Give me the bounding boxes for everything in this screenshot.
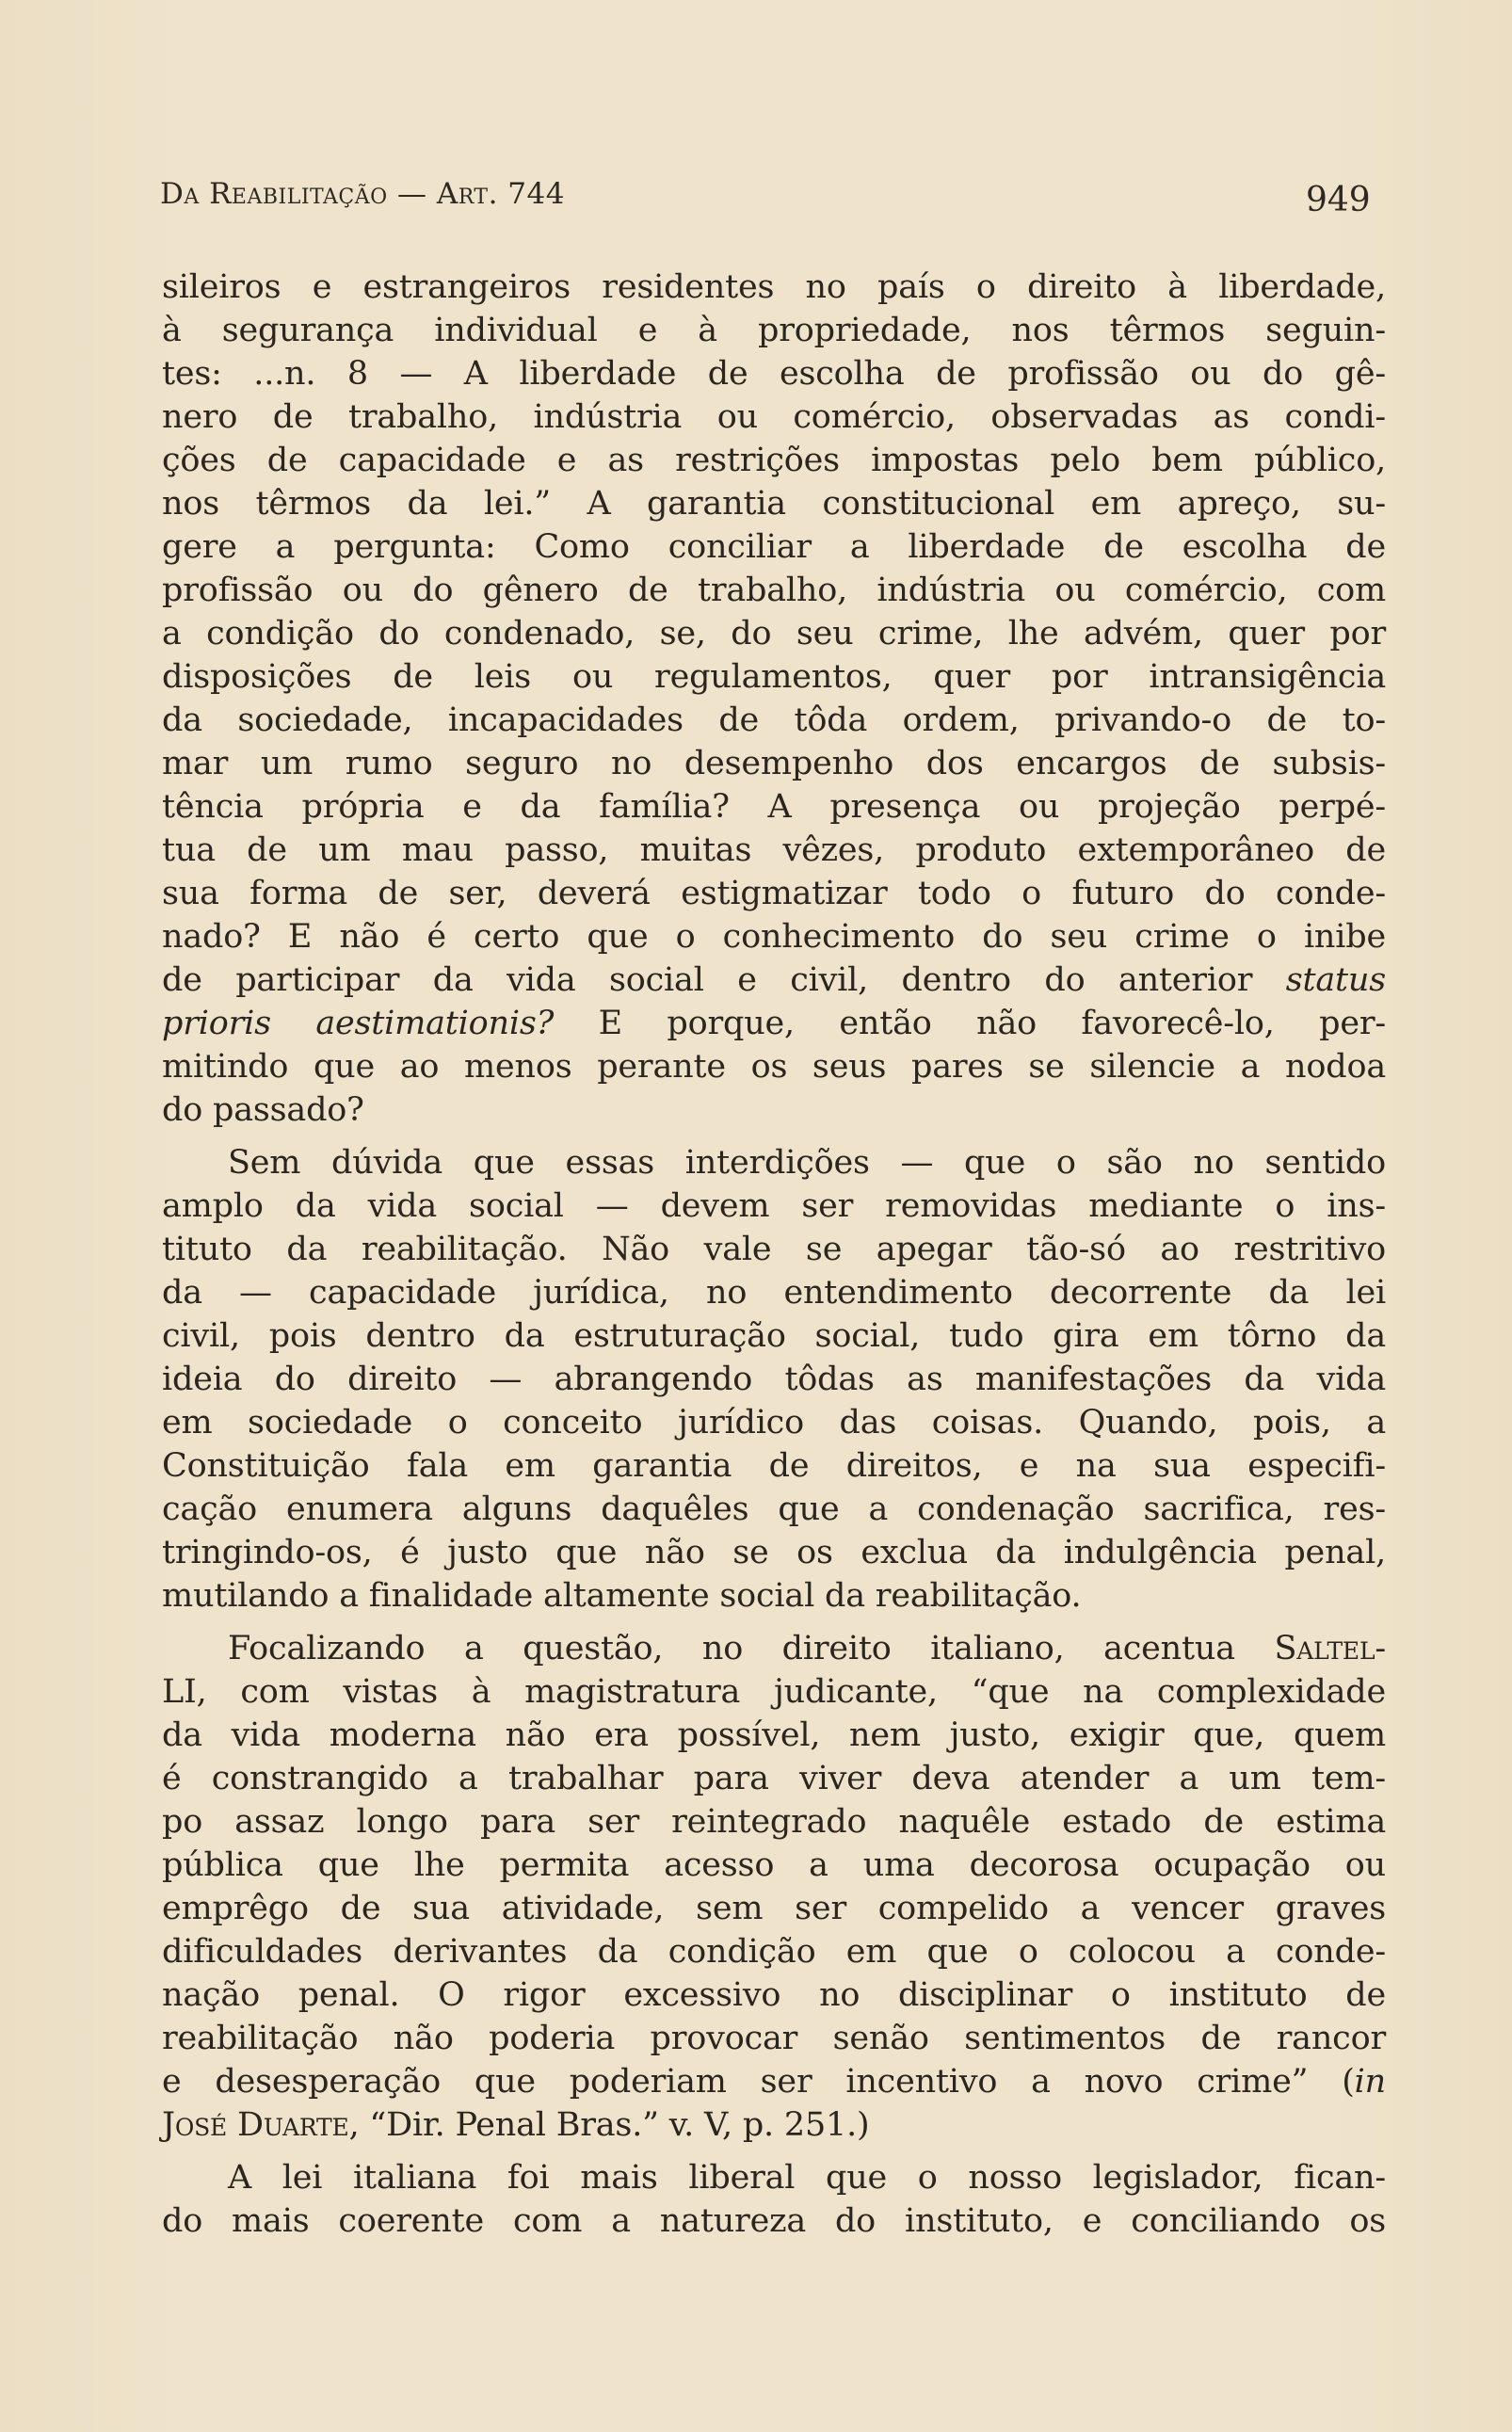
author-name: Saltel- [1274,1630,1386,1667]
text-line: nação penal. O rigor excessivo no discip… [162,1973,1386,2017]
text-line: amplo da vida social — devem ser removid… [162,1184,1386,1228]
text-line: mar um rumo seguro no desempenho dos enc… [162,742,1386,785]
text-line: sua forma de ser, deverá estigmatizar to… [162,872,1386,915]
text-line: Sem dúvida que essas interdições — que o… [162,1141,1386,1184]
text-line: dificuldades derivantes da condição em q… [162,1930,1386,1973]
text-line: da vida moderna não era possível, nem ju… [162,1714,1386,1757]
text-line: mutilando a finalidade altamente social … [162,1574,1386,1618]
text-line: tes: ...n. 8 — A liberdade de escolha de… [162,352,1386,395]
text-line: do passado? [162,1088,1386,1132]
text-line: cação enumera alguns daquêles que a cond… [162,1488,1386,1531]
text-line: de participar da vida social e civil, de… [162,958,1386,1002]
text-line: em sociedade o conceito jurídico das coi… [162,1401,1386,1444]
text-line: reabilitação não poderia provocar senão … [162,2017,1386,2060]
text-line: nero de trabalho, indústria ou comércio,… [162,395,1386,439]
text-line: prioris aestimationis? E porque, então n… [162,1002,1386,1045]
text-line: civil, pois dentro da estruturação socia… [162,1314,1386,1358]
running-head: Da Reabilitação — Art. 744 [160,177,565,211]
text-segment: Focalizando a questão, no direito italia… [228,1630,1274,1667]
page-number: 949 [1306,181,1371,219]
text-line: e desesperação que poderiam ser incentiv… [162,2060,1386,2103]
text-line: nos têrmos da lei.” A garantia constituc… [162,482,1386,525]
citation-source: , “Dir. Penal Bras.” v. V, p. 251.) [349,2106,870,2144]
text-line: emprêgo de sua atividade, sem ser compel… [162,1887,1386,1930]
text-line: a condição do condenado, se, do seu crim… [162,612,1386,655]
text-line: ideia do direito — abrangendo tôdas as m… [162,1358,1386,1401]
text-segment: de participar da vida social e civil, de… [162,961,1286,999]
text-segment: E porque, então não favorecê-lo, per- [554,1005,1386,1042]
text-line: LI, com vistas à magistratura judicante,… [162,1670,1386,1714]
latin-term: status [1286,961,1386,999]
text-line: da sociedade, incapacidades de tôda orde… [162,699,1386,742]
text-line: gere a pergunta: Como conciliar a liberd… [162,525,1386,569]
text-line: profissão ou do gênero de trabalho, indú… [162,569,1386,612]
text-line: pública que lhe permita acesso a uma dec… [162,1844,1386,1887]
text-line: sileiros e estrangeiros residentes no pa… [162,266,1386,309]
latin-term: prioris aestimationis? [162,1005,554,1042]
text-line: é constrangido a trabalhar para viver de… [162,1757,1386,1800]
text-line: A lei italiana foi mais liberal que o no… [162,2156,1386,2199]
text-line: à segurança individual e à propriedade, … [162,309,1386,352]
text-line: do mais coerente com a natureza do insti… [162,2199,1386,2243]
text-line: ções de capacidade e as restrições impos… [162,439,1386,482]
text-line: tringindo-os, é justo que não se os excl… [162,1531,1386,1574]
text-line: Constituição fala em garantia de direito… [162,1444,1386,1488]
text-line: tituto da reabilitação. Não vale se apeg… [162,1228,1386,1271]
text-line: José Duarte, “Dir. Penal Bras.” v. V, p.… [162,2103,1386,2147]
text-line: Focalizando a questão, no direito italia… [162,1627,1386,1670]
citation-author: José Duarte [162,2106,349,2144]
text-line: tência própria e da família? A presença … [162,785,1386,829]
text-line: da — capacidade jurídica, no entendiment… [162,1271,1386,1314]
text-line: disposições de leis ou regulamentos, que… [162,655,1386,699]
scanned-book-page: Da Reabilitação — Art. 744 949 sileiros … [0,0,1512,2432]
text-line: tua de um mau passo, muitas vêzes, produ… [162,829,1386,872]
text-line: nado? E não é certo que o conhecimento d… [162,915,1386,958]
citation-in: in [1355,2063,1386,2101]
text-line: po assaz longo para ser reintegrado naqu… [162,1800,1386,1844]
text-segment: e desesperação que poderiam ser incentiv… [162,2063,1355,2101]
text-line: mitindo que ao menos perante os seus par… [162,1045,1386,1088]
